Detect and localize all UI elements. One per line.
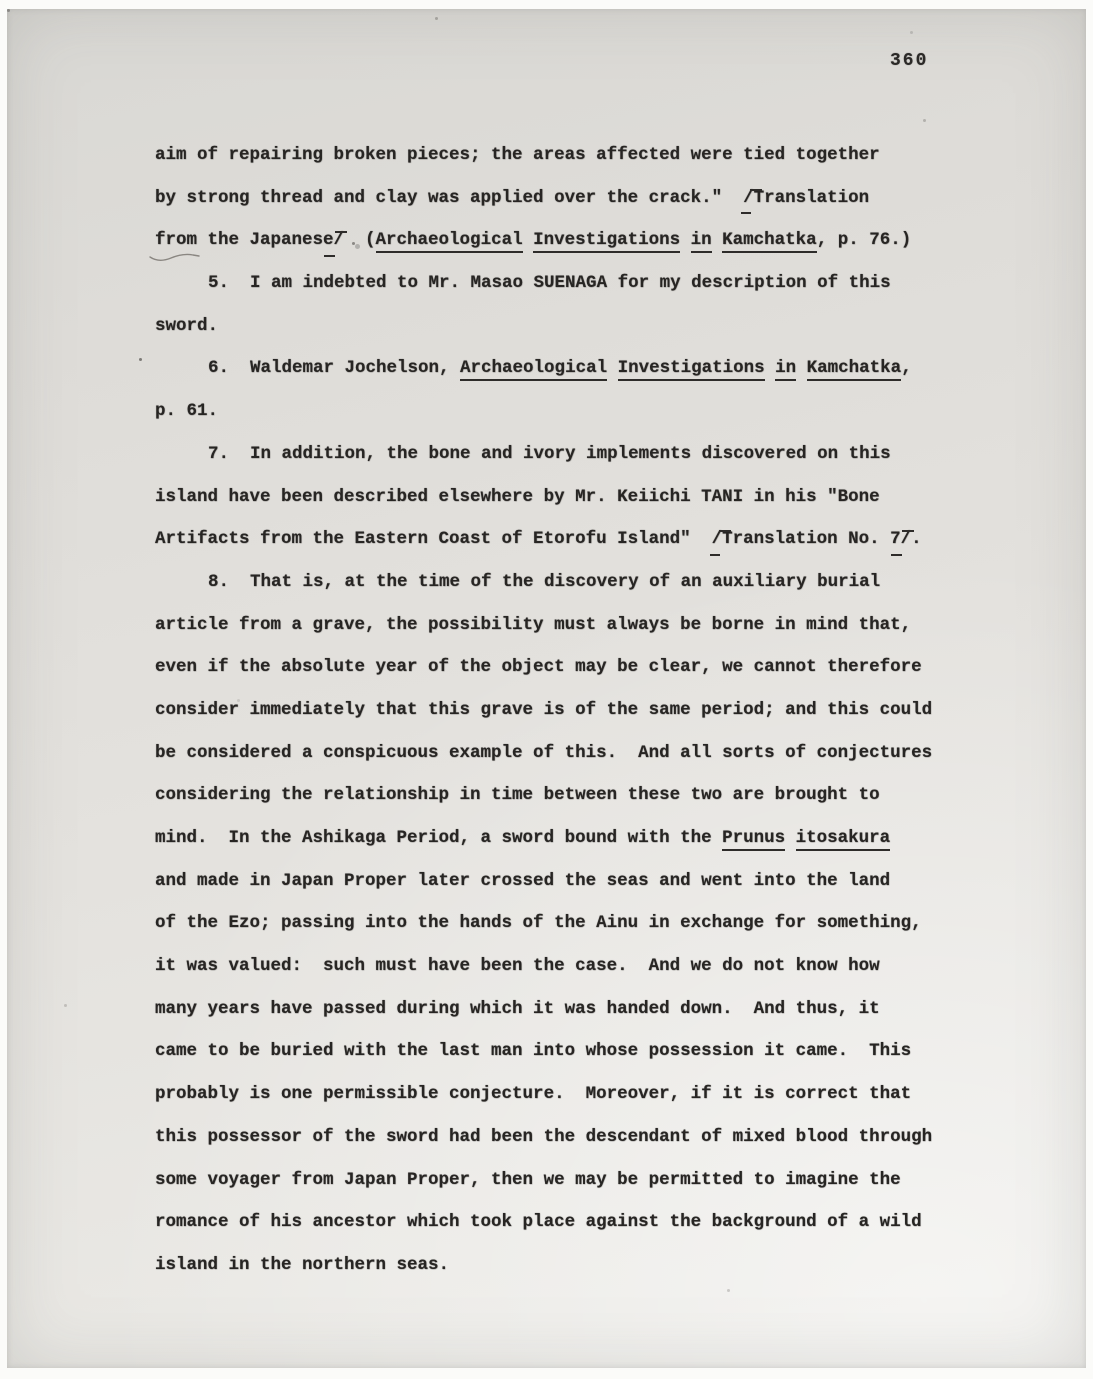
text-segment: mind. In the Ashikaga Period, a sword bo… — [155, 828, 722, 848]
underlined-text: Investigations — [533, 230, 680, 253]
text-segment: considering the relationship in time bet… — [155, 785, 880, 805]
text-segment: 6. Waldemar Jochelson, — [208, 358, 460, 378]
typewriter-bracket-open-glyph: / — [712, 518, 723, 561]
text-line: article from a grave, the possibility mu… — [155, 604, 975, 647]
underlined-text: Kamchatka — [807, 358, 902, 381]
text-segment: , — [901, 358, 912, 378]
text-line: aim of repairing broken pieces; the area… — [155, 134, 975, 177]
text-segment: this possessor of the sword had been the… — [155, 1127, 932, 1147]
underlined-text: Prunus — [722, 828, 785, 851]
text-line: this possessor of the sword had been the… — [155, 1116, 975, 1159]
text-line: even if the absolute year of the object … — [155, 646, 975, 689]
text-segment: 5. I am indebted to Mr. Masao SUENAGA fo… — [208, 273, 891, 293]
text-segment: aim of repairing broken pieces; the area… — [155, 145, 880, 165]
text-line: be considered a conspicuous example of t… — [155, 732, 975, 775]
text-line: some voyager from Japan Proper, then we … — [155, 1159, 975, 1202]
text-segment: 8. That is, at the time of the discovery… — [208, 572, 880, 592]
text-segment: and made in Japan Proper later crossed t… — [155, 871, 890, 891]
text-line: probably is one permissible conjecture. … — [155, 1073, 975, 1116]
underlined-text: Archaeological — [376, 230, 523, 253]
text-line: from the Japanese/ (Archaeological Inves… — [155, 219, 975, 262]
text-line: considering the relationship in time bet… — [155, 774, 975, 817]
paragraph: 5. I am indebted to Mr. Masao SUENAGA fo… — [155, 262, 975, 347]
text-segment: island in the northern seas. — [155, 1255, 449, 1275]
text-segment: some voyager from Japan Proper, then we … — [155, 1170, 901, 1190]
text-line: of the Ezo; passing into the hands of th… — [155, 902, 975, 945]
text-segment: consider immediately that this grave is … — [155, 700, 932, 720]
text-segment: from the Japanese — [155, 230, 334, 250]
text-line: 7. In addition, the bone and ivory imple… — [155, 433, 975, 476]
text-line: and made in Japan Proper later crossed t… — [155, 860, 975, 903]
text-segment: even if the absolute year of the object … — [155, 657, 922, 677]
text-segment: romance of his ancestor which took place… — [155, 1212, 922, 1232]
text-segment: , p. 76.) — [817, 230, 912, 250]
text-segment: Artifacts from the Eastern Coast of Etor… — [155, 529, 712, 549]
text-line: island have been described elsewhere by … — [155, 476, 975, 519]
text-line: by strong thread and clay was applied ov… — [155, 177, 975, 220]
text-segment: ( — [344, 230, 376, 250]
underlined-text: Kamchatka — [722, 230, 817, 253]
text-line: island in the northern seas. — [155, 1244, 975, 1287]
text-line: romance of his ancestor which took place… — [155, 1201, 975, 1244]
underlined-text: Archaeological — [460, 358, 607, 381]
text-line: many years have passed during which it w… — [155, 988, 975, 1031]
page-number: 360 — [890, 51, 928, 71]
text-segment: it was valued: such must have been the c… — [155, 956, 880, 976]
paragraph: aim of repairing broken pieces; the area… — [155, 134, 975, 262]
text-segment: by strong thread and clay was applied ov… — [155, 188, 743, 208]
text-segment: many years have passed during which it w… — [155, 999, 880, 1019]
text-segment: article from a grave, the possibility mu… — [155, 615, 911, 635]
text-segment: Translation No. 7 — [722, 529, 901, 549]
text-segment: of the Ezo; passing into the hands of th… — [155, 913, 922, 933]
paragraph: 7. In addition, the bone and ivory imple… — [155, 433, 975, 561]
text-segment: . — [911, 529, 922, 549]
text-line: p. 61. — [155, 390, 975, 433]
text-segment: be considered a conspicuous example of t… — [155, 743, 932, 763]
text-segment: p. 61. — [155, 401, 218, 421]
text-line: mind. In the Ashikaga Period, a sword bo… — [155, 817, 975, 860]
text-segment: sword. — [155, 316, 218, 336]
text-segment: came to be buried with the last man into… — [155, 1041, 911, 1061]
underlined-text: itosakura — [796, 828, 891, 851]
text-segment: probably is one permissible conjecture. … — [155, 1084, 911, 1104]
text-line: 8. That is, at the time of the discovery… — [155, 561, 975, 604]
underlined-text: in — [691, 230, 712, 253]
paragraphs: aim of repairing broken pieces; the area… — [155, 134, 975, 1287]
text-line: sword. — [155, 305, 975, 348]
text-line: came to be buried with the last man into… — [155, 1030, 975, 1073]
underlined-text: Investigations — [618, 358, 765, 381]
underlined-text: in — [775, 358, 796, 381]
typewriter-bracket-open-glyph: / — [743, 177, 754, 220]
text-line: consider immediately that this grave is … — [155, 689, 975, 732]
text-line: 6. Waldemar Jochelson, Archaeological In… — [155, 347, 975, 390]
text-line: Artifacts from the Eastern Coast of Etor… — [155, 518, 975, 561]
typewriter-bracket-close-glyph: / — [901, 518, 912, 561]
text-line: it was valued: such must have been the c… — [155, 945, 975, 988]
text-segment: Translation — [754, 188, 870, 208]
paragraph: 8. That is, at the time of the discovery… — [155, 561, 975, 1287]
paragraph: 6. Waldemar Jochelson, Archaeological In… — [155, 347, 975, 432]
typewriter-bracket-close-glyph: / — [334, 219, 345, 262]
text-segment: island have been described elsewhere by … — [155, 487, 880, 507]
document-page: 360 aim of repairing broken pieces; the … — [7, 9, 1086, 1368]
text-segment: 7. In addition, the bone and ivory imple… — [208, 444, 891, 464]
text-line: 5. I am indebted to Mr. Masao SUENAGA fo… — [155, 262, 975, 305]
